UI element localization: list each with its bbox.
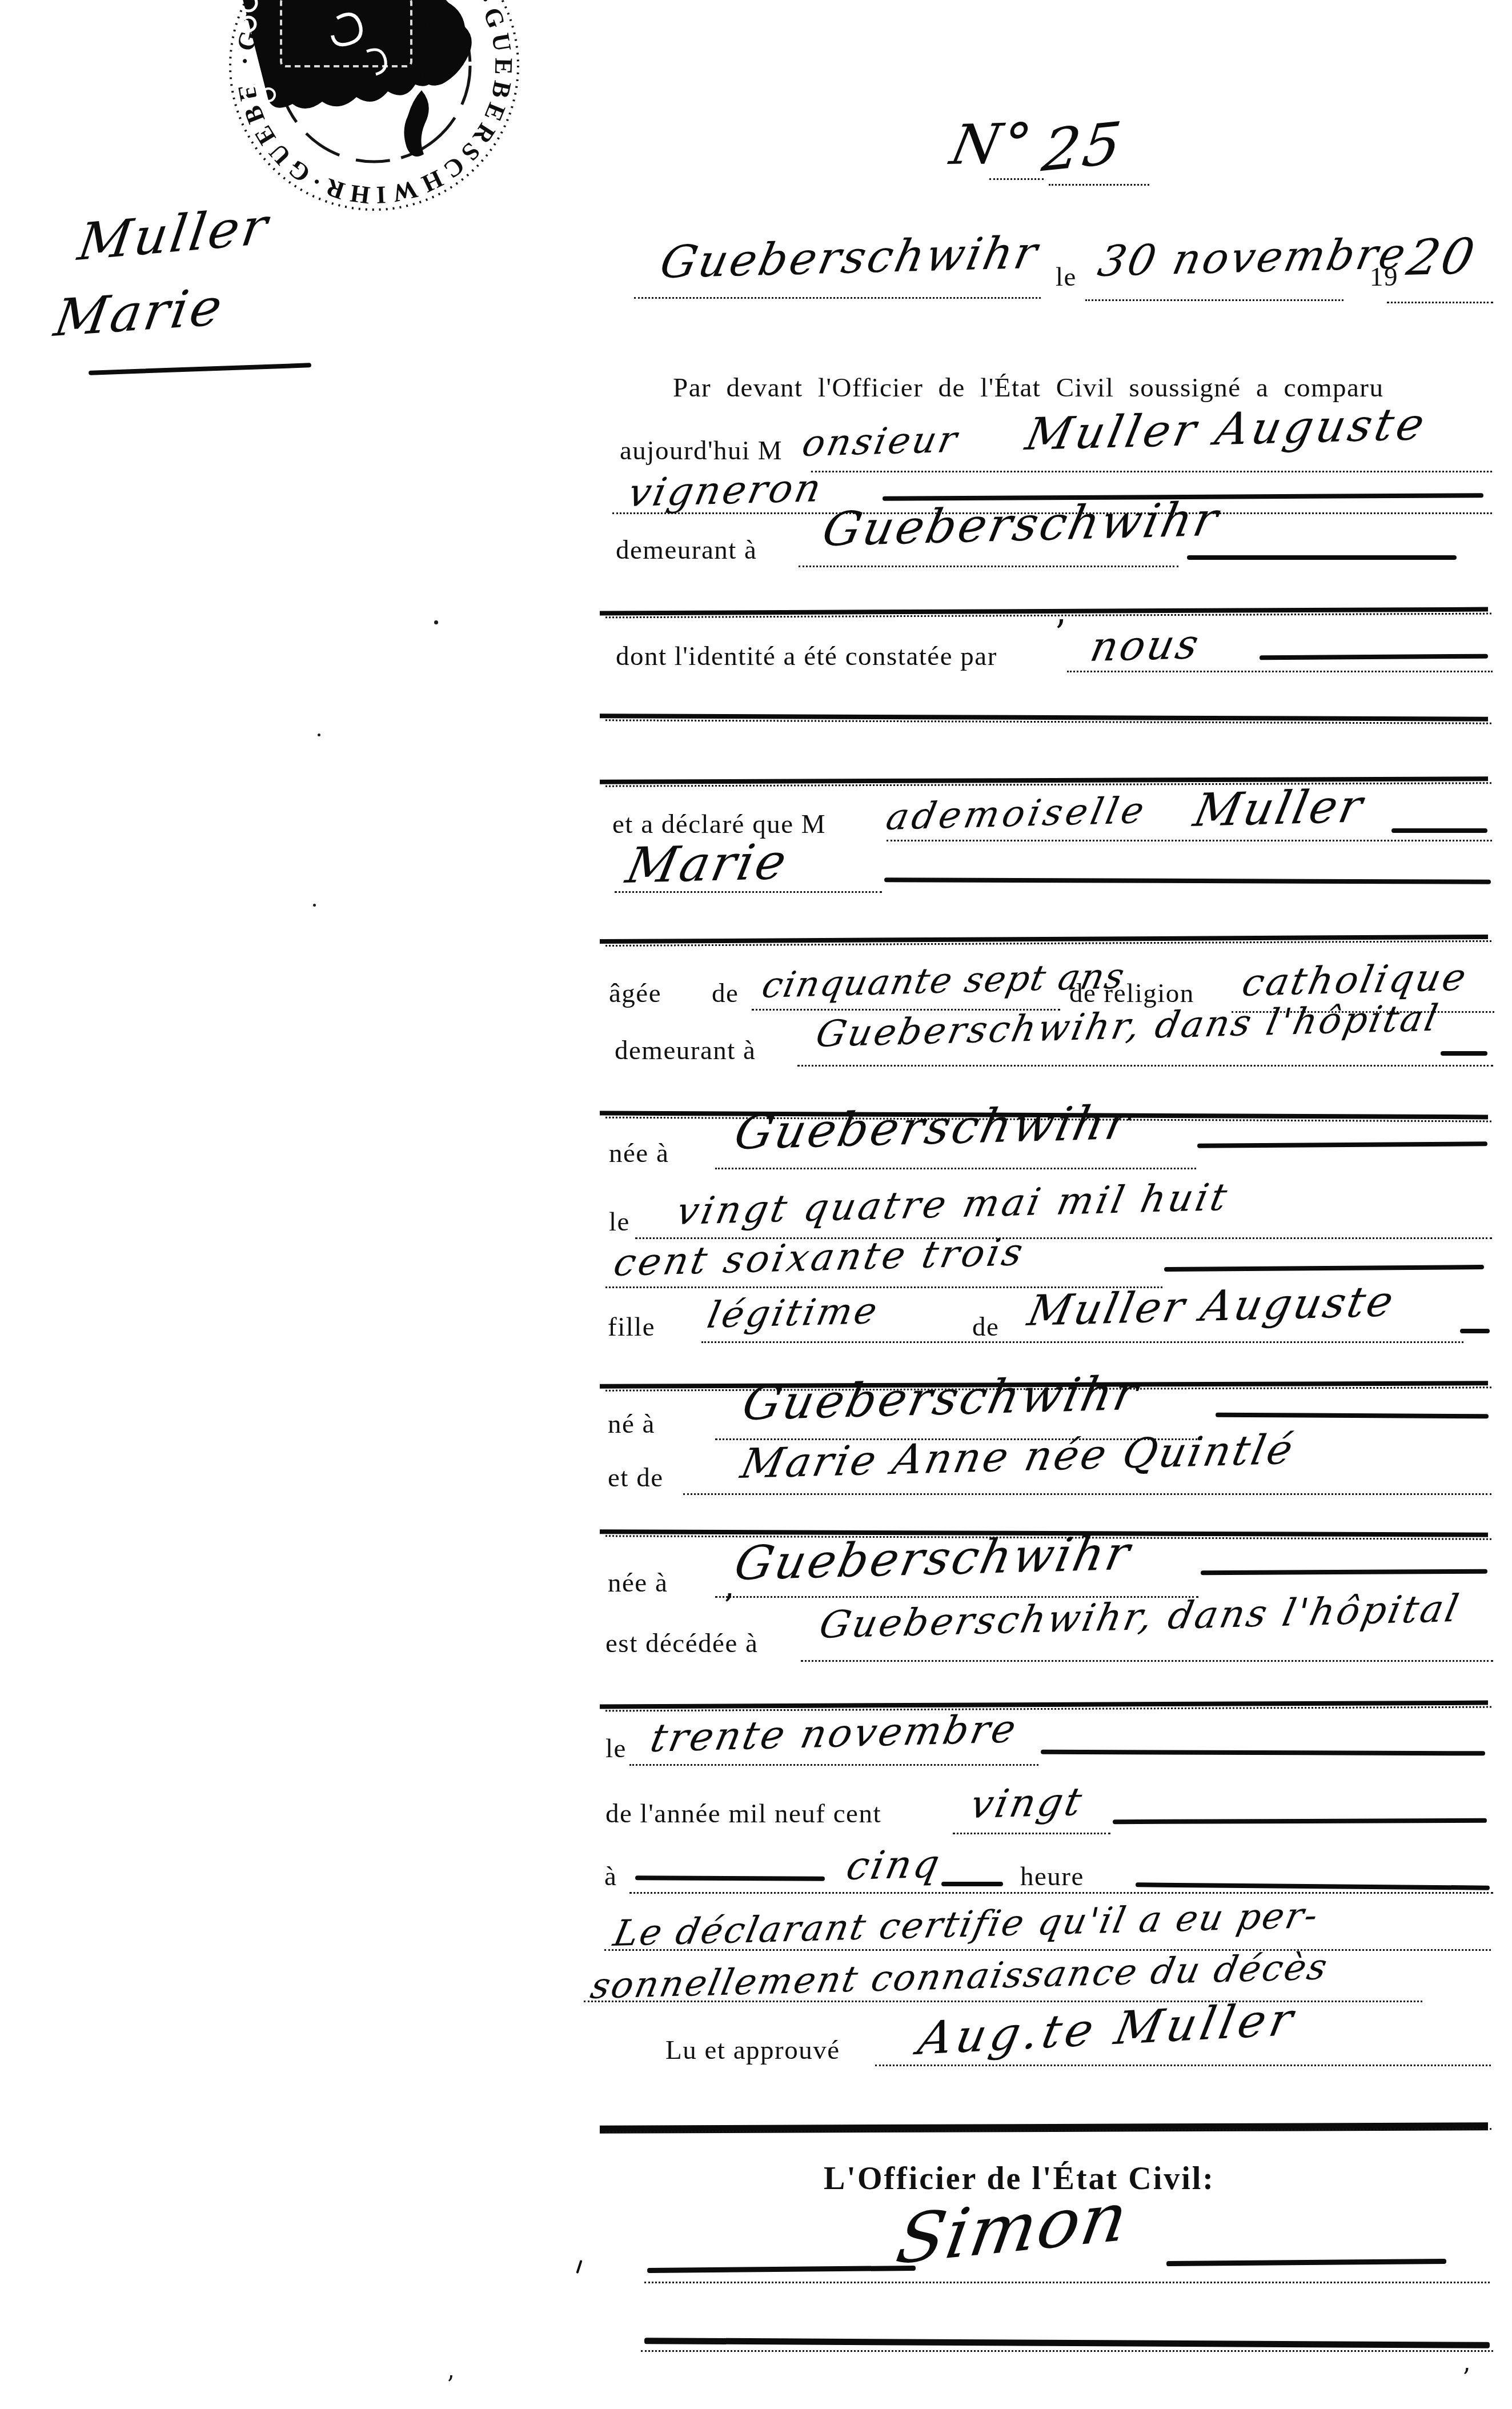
birthdate-hw: vingt quatre mai mil huit — [673, 1175, 1234, 1233]
record-number-value: 25 — [1038, 109, 1127, 185]
fill-dots — [683, 1493, 1491, 1495]
fill-line — [647, 2266, 916, 2273]
fill-dots — [799, 566, 1178, 567]
mother-name-hw: Marie Anne née Quintlé — [737, 1425, 1299, 1488]
death-date-label: le — [605, 1733, 627, 1764]
deceased-surname-hw: Muller — [1189, 779, 1369, 837]
stray-apostrophe: ’ — [447, 2371, 454, 2399]
identite-hw: nous — [1086, 620, 1205, 671]
death-hour-heure-label: heure — [1020, 1861, 1084, 1892]
fill-line — [635, 1875, 825, 1881]
dateline-century: 19 — [1370, 262, 1398, 292]
age-label: âgée — [609, 978, 661, 1009]
fill-line — [1201, 1569, 1487, 1576]
fill-dots — [641, 2350, 1493, 2352]
mother-birthplace-hw: Gueberschwihr — [730, 1526, 1137, 1591]
comparution-text: Par devant l'Officier de l'État Civil so… — [673, 372, 1384, 403]
fill-dots — [811, 471, 1492, 472]
residence1-label: demeurant à — [616, 535, 757, 566]
death-hour-a-label: à — [604, 1861, 617, 1892]
fill-dots — [701, 1341, 1463, 1343]
section-rule — [600, 607, 1488, 616]
bottom-line — [644, 2338, 1490, 2348]
dateline-day-month: 30 novembre — [1094, 229, 1412, 286]
fill-dots — [715, 1168, 1196, 1169]
fill-dots — [1067, 671, 1493, 672]
father-name-hw: Muller Auguste — [1024, 1277, 1399, 1336]
fill-line — [1113, 1818, 1487, 1824]
fill-dots — [989, 178, 1044, 180]
death-hour-hw: cinq — [843, 1842, 945, 1889]
scan-speck — [434, 620, 438, 624]
section-rule — [600, 714, 1488, 721]
fill-line — [941, 1882, 1003, 1886]
section-rule-thick — [600, 2122, 1488, 2133]
margin-given-name: Marie — [50, 277, 228, 348]
fill-dots — [801, 1660, 1493, 1662]
fill-line — [1391, 828, 1487, 833]
father-birthplace-label: né à — [608, 1409, 655, 1440]
fill-dots — [634, 297, 1041, 299]
filiation-label: fille — [608, 1312, 655, 1342]
declarant-name-hw: Muller Auguste — [1021, 399, 1432, 460]
fill-line — [1216, 1413, 1489, 1419]
death-date-hw: trente novembre — [647, 1706, 1022, 1761]
fill-line — [1166, 2259, 1446, 2266]
lu-approuve-label: Lu et approuvé — [665, 2035, 840, 2066]
birthplace-hw: Gueberschwihr — [730, 1096, 1137, 1160]
fill-dots — [1387, 302, 1493, 303]
fill-line — [1197, 1141, 1487, 1148]
fill-dots — [953, 1833, 1110, 1834]
deceased-title-hw: ademoiselle — [883, 789, 1151, 839]
fill-line — [1260, 654, 1488, 660]
fill-line — [1164, 1265, 1484, 1272]
residence1-hw: Gueberschwihr — [818, 492, 1225, 557]
identite-label: dont l'identité a été constatée par — [616, 641, 997, 672]
filiation-hw1: légitime — [704, 1290, 883, 1337]
birthdate-label: le — [609, 1206, 630, 1237]
certification-line1-hw: Le déclarant certifie qu'il a eu per- — [610, 1894, 1323, 1954]
death-place-hw: Gueberschwihr, dans l'hôpital — [816, 1586, 1465, 1647]
dateline-le-label: le — [1056, 262, 1077, 292]
stray-apostrophe: ’ — [1054, 612, 1066, 655]
stray-apostrophe: ’ — [723, 1587, 734, 1627]
fill-line — [1441, 1051, 1487, 1056]
death-year-label: de l'année mil neuf cent — [605, 1798, 881, 1829]
filiation-de-label: de — [972, 1312, 999, 1342]
deceased-given-hw: Marie — [621, 833, 793, 895]
scan-tick — [576, 2260, 582, 2274]
mother-birthplace-label: née à — [608, 1568, 668, 1598]
fill-dots — [1085, 299, 1343, 301]
fill-line — [1041, 1750, 1485, 1756]
fill-dots — [887, 840, 1492, 841]
fill-dots — [875, 2065, 1491, 2066]
section-rule — [600, 935, 1488, 944]
stray-apostrophe: ’ — [1462, 2364, 1470, 2393]
fill-dots — [629, 1764, 1038, 1766]
aujourdhui-label: aujourd'hui M — [620, 435, 783, 466]
section-rule — [600, 1701, 1488, 1709]
declarant-title-hw: onsieur — [799, 419, 962, 465]
margin-underline — [89, 363, 311, 375]
fill-line — [1460, 1329, 1490, 1333]
fill-dots — [629, 1892, 1493, 1894]
fill-dots — [604, 1949, 1491, 1951]
fill-dots — [797, 1065, 1493, 1067]
scan-speck — [313, 904, 316, 907]
mother-label: et de — [608, 1462, 664, 1493]
scan-speck — [318, 733, 320, 736]
residence2-hw: Gueberschwihr, dans l'hôpital — [812, 997, 1443, 1056]
dateline-place: Gueberschwihr — [656, 227, 1044, 288]
fill-line — [1187, 555, 1457, 560]
death-record-page: ·GUEBERSCHWIHR·GUEBERSCHWIHR·GUEBERSCHWI… — [0, 0, 1512, 2409]
dateline-year: 20 — [1402, 228, 1482, 287]
fill-line — [1136, 1882, 1490, 1890]
record-number-label: N° — [945, 111, 1039, 177]
declarant-profession-hw: vigneron — [624, 466, 827, 516]
fill-dots — [1049, 184, 1149, 186]
death-place-label: est décédée à — [605, 1628, 758, 1659]
father-birthplace-hw: Gueberschwihr — [738, 1366, 1145, 1431]
fill-dots — [644, 2282, 1490, 2283]
commune-stamp: ·GUEBERSCHWIHR·GUEBERSCHWIHR·GUEBERSCHWI… — [194, 0, 583, 308]
death-year-hw: vingt — [966, 1779, 1088, 1827]
birthplace-label: née à — [609, 1138, 669, 1169]
fill-dots — [615, 891, 882, 893]
fill-line — [884, 877, 1491, 884]
declarant-signature: Aug.te Muller — [914, 1993, 1301, 2065]
age-de-label: de — [712, 978, 739, 1009]
residence2-label: demeurant à — [615, 1035, 756, 1066]
